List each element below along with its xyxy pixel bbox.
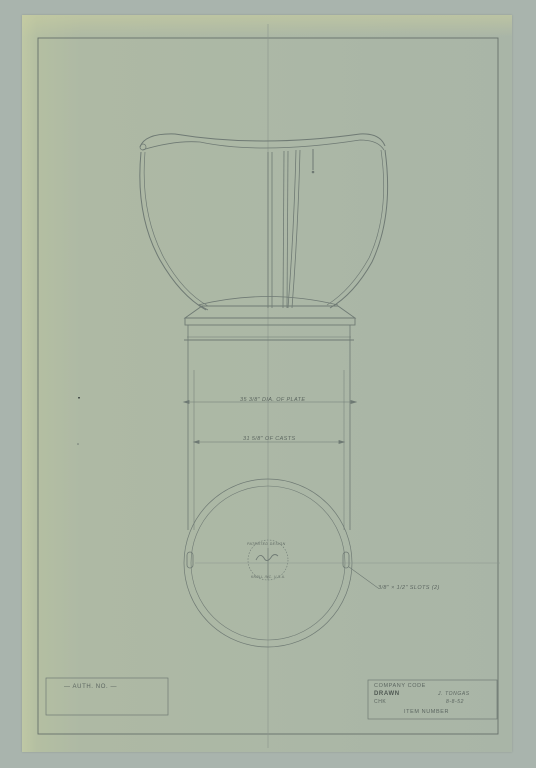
- dimension-plate-diameter: 35 3/8" DIA. OF PLATE: [240, 397, 305, 403]
- title-block-checked-label: CHK: [374, 699, 386, 705]
- slots-callout: 3/8" × 1/2" SLOTS (2): [378, 585, 440, 591]
- stamp-outer-text: PATENTED DESIGN: [247, 542, 286, 546]
- title-block-company: COMPANY CODE: [374, 683, 426, 689]
- title-block-footer: ITEM NUMBER: [404, 709, 449, 715]
- chair-technical-drawing: [0, 0, 536, 768]
- title-block-drawn-label: DRAWN: [374, 691, 400, 697]
- title-block-checked-value: 8-8-52: [446, 699, 464, 705]
- dimension-casts: 31 5/8" OF CASTS: [243, 436, 296, 442]
- title-block-drawn-value: J. TONGAS: [438, 691, 470, 697]
- stamp-bottom-text: KNOLL INC. U.S.A.: [251, 575, 286, 579]
- auth-number-label: — AUTH. NO. —: [64, 684, 117, 690]
